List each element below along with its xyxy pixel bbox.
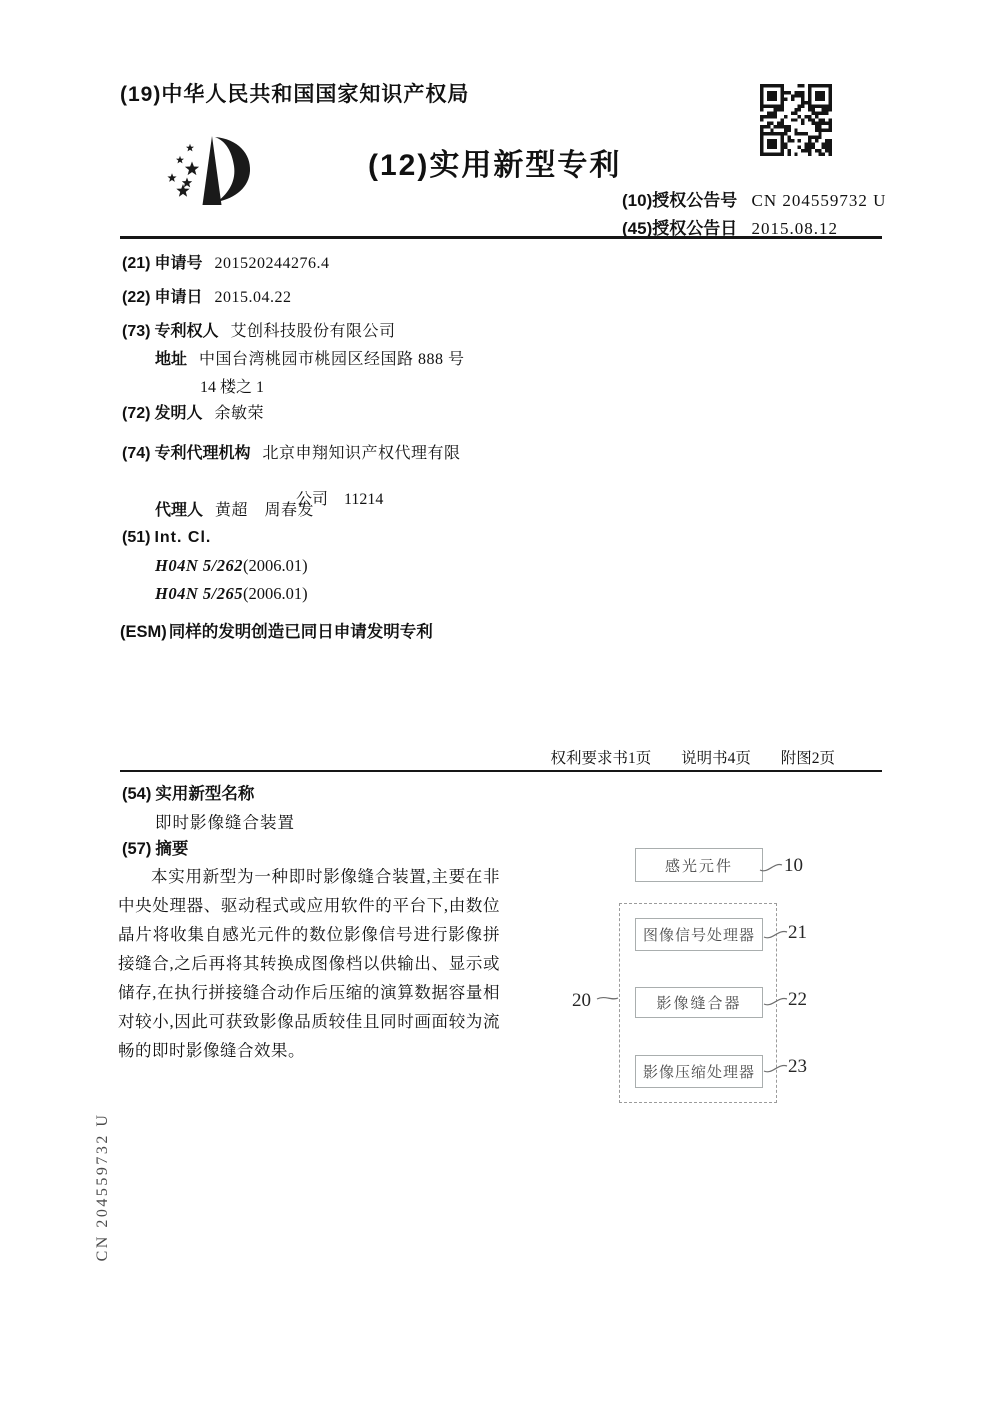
field-value: 余敏荣: [214, 405, 264, 422]
section-label: 摘要: [155, 840, 188, 858]
doc-type-text: 实用新型专利: [429, 149, 621, 182]
field-tag: (72): [122, 405, 150, 422]
header-divider: [120, 236, 882, 239]
field-tag: (22): [122, 289, 150, 306]
diagram-box-stitcher: 影像缝合器: [635, 987, 763, 1018]
abstract-heading: (57) 摘要: [122, 835, 188, 859]
ref-21: 21: [788, 922, 807, 944]
ref-23: 23: [788, 1056, 807, 1078]
pages-figures: 附图2页: [781, 750, 835, 767]
pages-description: 说明书4页: [681, 750, 751, 767]
diagram-box-isp: 图像信号处理器: [635, 918, 763, 951]
pub-number-label: (10)授权公告号: [622, 191, 737, 210]
field-label: 代理人: [155, 502, 203, 519]
patent-office-logo: [158, 128, 263, 213]
logo-tower: [203, 136, 222, 205]
diagram-box-compressor: 影像压缩处理器: [635, 1055, 763, 1088]
diagram-box-sensor: 感光元件: [635, 848, 763, 882]
field-patentee: (73)专利权人艾创科技股份有限公司: [122, 318, 395, 341]
field-tag: (ESM): [120, 623, 167, 641]
esm-line: (ESM)同样的发明创造已同日申请发明专利: [120, 618, 433, 642]
field-label: 发明人: [154, 405, 202, 422]
field-label: Int. Cl.: [154, 529, 211, 546]
field-label: 同样的发明创造已同日申请发明专利: [169, 623, 433, 641]
field-tag: (73): [122, 323, 150, 340]
field-label: 申请号: [154, 255, 202, 272]
pages-claims: 权利要求书1页: [550, 750, 651, 767]
field-value: 14 楼之 1: [200, 379, 264, 396]
field-value: 201520244276.4: [214, 255, 329, 272]
field-value: 中国台湾桃园市桃园区经国路 888 号: [199, 351, 465, 368]
field-agent: 代理人黄超 周春发: [155, 497, 314, 520]
section-tag: (57): [122, 840, 151, 858]
int-cl-code: H04N 5/265: [155, 584, 243, 603]
field-value: 北京申翔知识产权代理有限: [262, 445, 460, 462]
vertical-doc-number: CN 204559732 U: [94, 1107, 116, 1267]
utility-model-title: 即时影像缝合装置: [155, 809, 295, 833]
field-label: 地址: [155, 351, 187, 368]
field-tag: (74): [122, 445, 150, 462]
int-cl-code: H04N 5/262: [155, 556, 243, 575]
pub-number-value: CN 204559732 U: [751, 191, 886, 210]
field-address-line2: 14 楼之 1: [200, 374, 264, 397]
field-inventor: (72)发明人余敏荣: [122, 400, 264, 423]
patent-front-page: (19)中华人民共和国国家知识产权局 (12)实用新型专利 (10)授权公告号 …: [0, 0, 1000, 1415]
abstract-text: 本实用新型为一种即时影像缝合装置,主要在非中央处理器、驱动程式或应用软件的平台下…: [118, 862, 500, 1065]
field-int-cl: (51)Int. Cl.: [122, 529, 211, 547]
country-text: 中华人民共和国国家知识产权局: [161, 83, 469, 106]
section-tag: (54): [122, 785, 151, 803]
field-tag: (21): [122, 255, 150, 272]
section-label: 实用新型名称: [155, 785, 254, 803]
field-value: 黄超 周春发: [215, 502, 314, 519]
pub-number-row: (10)授权公告号 CN 204559732 U: [622, 186, 886, 211]
int-cl-entry-2: H04N 5/265(2006.01): [155, 584, 308, 604]
field-label: 申请日: [154, 289, 202, 306]
field-tag: (51): [122, 529, 150, 546]
ref-10: 10: [784, 855, 803, 877]
ref-22: 22: [788, 989, 807, 1011]
country-line: (19)中华人民共和国国家知识产权局: [120, 78, 469, 108]
title-section-heading: (54) 实用新型名称: [122, 780, 254, 804]
field-label: 专利代理机构: [154, 445, 250, 462]
figure-diagram: 感光元件 图像信号处理器 影像缝合器 影像压缩处理器 10 21 22 23 2…: [560, 840, 890, 1120]
int-cl-year: (2006.01): [243, 584, 308, 603]
field-agency: (74)专利代理机构北京申翔知识产权代理有限: [122, 440, 460, 463]
doc-type-title: (12)实用新型专利: [368, 140, 621, 184]
country-tag: (19): [120, 83, 161, 106]
logo-crescent: [215, 137, 250, 202]
field-application-date: (22)申请日2015.04.22: [122, 284, 291, 307]
qr-code: [760, 82, 832, 158]
ref-20: 20: [572, 990, 591, 1012]
pages-line: 权利要求书1页 说明书4页 附图2页: [120, 746, 835, 768]
int-cl-year: (2006.01): [243, 556, 308, 575]
field-label: 专利权人: [154, 323, 218, 340]
doc-type-tag: (12): [368, 149, 429, 182]
field-application-number: (21)申请号201520244276.4: [122, 250, 329, 273]
field-address: 地址中国台湾桃园市桃园区经国路 888 号: [155, 346, 465, 369]
field-value: 2015.04.22: [214, 289, 291, 306]
int-cl-entry-1: H04N 5/262(2006.01): [155, 556, 308, 576]
section-divider: [120, 770, 882, 772]
field-value: 艾创科技股份有限公司: [230, 323, 395, 340]
